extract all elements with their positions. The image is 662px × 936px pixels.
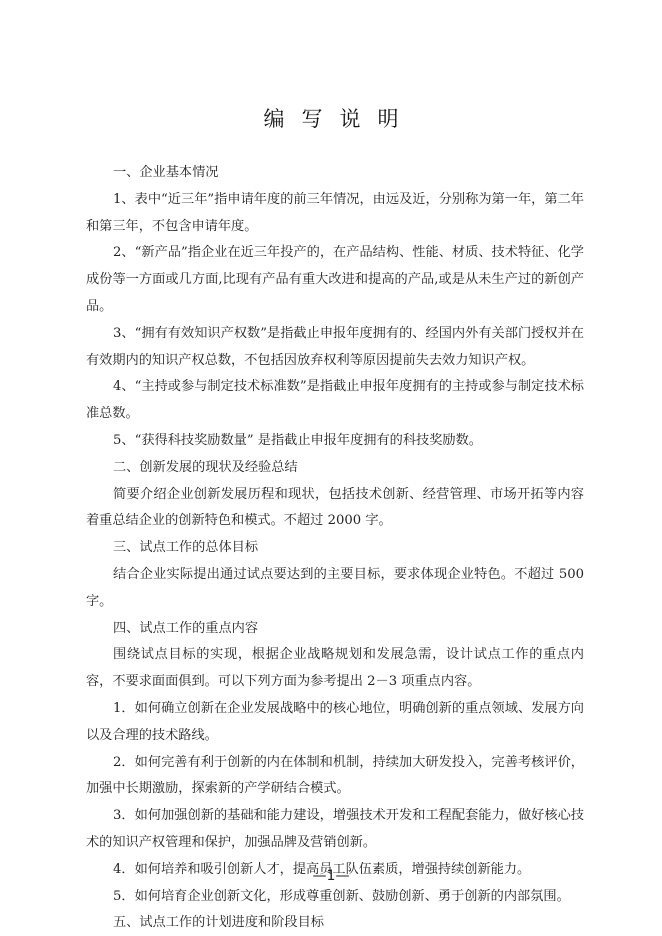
document-page: 编写说明 一、企业基本情况 1、表中“近三年”指申请年度的前三年情况，由远及近，… bbox=[0, 0, 662, 936]
paragraph: 结合企业实际提出通过试点要达到的主要目标，要求体现企业特色。不超过 500 字。 bbox=[86, 562, 584, 616]
section-heading: 五、试点工作的计划进度和阶段目标 bbox=[86, 910, 584, 936]
list-item: 5．如何培育企业创新文化，形成尊重创新、鼓励创新、勇于创新的内部氛围。 bbox=[86, 884, 584, 911]
document-body: 一、企业基本情况 1、表中“近三年”指申请年度的前三年情况，由远及近，分别称为第… bbox=[86, 160, 584, 936]
paragraph: 2、“新产品”指企业在近三年投产的，在产品结构、性能、材质、技术特征、化学成份等… bbox=[86, 240, 584, 320]
paragraph: 简要介绍企业创新发展历程和现状，包括技术创新、经营管理、市场开拓等内容 着重总结… bbox=[86, 482, 584, 536]
section-heading: 一、企业基本情况 bbox=[86, 160, 584, 187]
paragraph: 5、“获得科技奖励数量” 是指截止申报年度拥有的科技奖励数。 bbox=[86, 428, 584, 455]
paragraph: 4、“主持或参与制定技术标准数”是指截止申报年度拥有的主持或参与制定技术标准总数… bbox=[86, 374, 584, 428]
section-heading: 二、创新发展的现状及经验总结 bbox=[86, 455, 584, 482]
list-item: 2．如何完善有利于创新的内在体制和机制，持续加大研发投入，完善考核评价，加强中长… bbox=[86, 750, 584, 804]
paragraph: 3、“拥有有效知识产权数”是指截止申报年度拥有的、经国内外有关部门授权并在有效期… bbox=[86, 321, 584, 375]
list-item: 1．如何确立创新在企业发展战略中的核心地位，明确创新的重点领域、发展方向以及合理… bbox=[86, 696, 584, 750]
list-item: 3．如何加强创新的基础和能力建设，增强技术开发和工程配套能力，做好核心技术的知识… bbox=[86, 803, 584, 857]
paragraph: 1、表中“近三年”指申请年度的前三年情况，由远及近，分别称为第一年，第二年和第三… bbox=[86, 187, 584, 241]
section-heading: 三、试点工作的总体目标 bbox=[86, 535, 584, 562]
section-heading: 四、试点工作的重点内容 bbox=[86, 616, 584, 643]
paragraph: 围绕试点目标的实现，根据企业战略规划和发展急需，设计试点工作的重点内容，不要求面… bbox=[86, 642, 584, 696]
page-number: —1— bbox=[0, 868, 662, 884]
page-title: 编写说明 bbox=[0, 103, 662, 133]
